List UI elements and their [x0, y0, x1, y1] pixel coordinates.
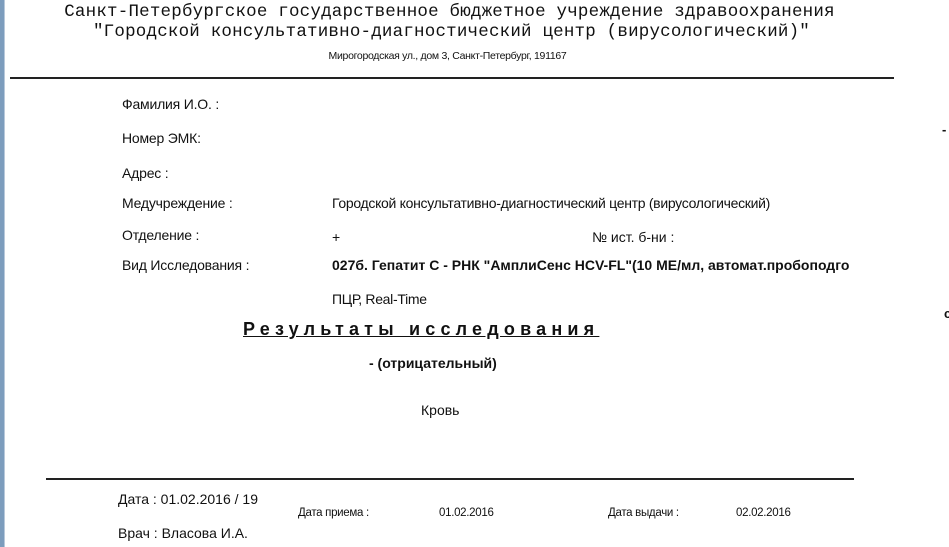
study-method: ПЦР, Real-Time [332, 291, 427, 307]
edge-mark-letter: с [944, 306, 949, 321]
report-date: Дата : 01.02.2016 / 19 [118, 491, 258, 507]
study-type-value: 027б. Гепатит С - РНК "АмплиСенс HCV-FL"… [332, 257, 849, 273]
study-type-label: Вид Исследования : [122, 257, 249, 273]
issued-date-value: 02.02.2016 [736, 507, 791, 519]
edge-mark-dash: - [942, 122, 946, 137]
result-value: - (отрицательный) [369, 355, 497, 371]
org-address: Мирогородская ул., дом 3, Санкт-Петербур… [0, 50, 895, 62]
institution-value: Городской консультативно-диагностический… [332, 195, 770, 211]
patient-name-label: Фамилия И.О. : [122, 96, 219, 112]
department-label: Отделение : [122, 227, 199, 243]
doctor-name: Врач : Власова И.А. [118, 525, 248, 541]
received-date-label: Дата приема : [298, 507, 369, 519]
results-title: Результаты исследования [243, 319, 599, 340]
sample-material: Кровь [421, 402, 459, 418]
emk-number-label: Номер ЭМК: [122, 130, 201, 146]
org-name-line1: Санкт-Петербургское государственное бюдж… [2, 2, 897, 22]
issued-date-label: Дата выдачи : [608, 507, 679, 519]
received-date-value: 01.02.2016 [439, 507, 494, 519]
header-divider [10, 77, 894, 79]
history-number-label: № ист. б-ни : [592, 229, 674, 245]
org-name-line2: "Городской консультативно-диагностически… [4, 22, 899, 42]
department-value: + [332, 229, 340, 245]
patient-address-label: Адрес : [122, 165, 168, 181]
footer-divider [46, 478, 854, 480]
institution-label: Медучреждение : [122, 195, 233, 211]
window-left-border [0, 0, 5, 547]
